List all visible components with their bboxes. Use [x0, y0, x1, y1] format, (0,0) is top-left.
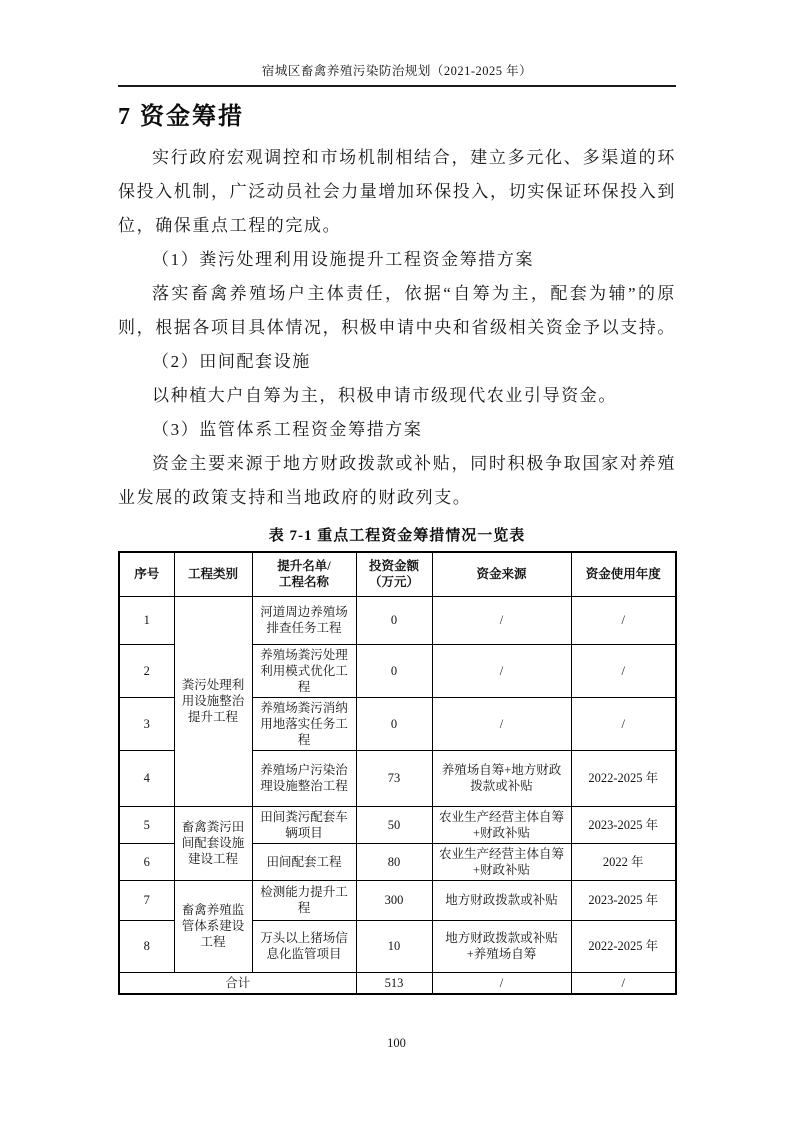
table-caption: 表 7-1 重点工程资金筹措情况一览表: [118, 524, 676, 545]
cell-project-name: 河道周边养殖场排查任务工程: [252, 596, 356, 644]
table-row: 5 畜禽粪污田间配套设施建设工程 田间粪污配套车辆项目 50 农业生产经营主体自…: [119, 806, 676, 843]
document-page: 宿城区畜禽养殖污染防治规划（2021-2025 年） 7 资金筹措 实行政府宏观…: [0, 0, 793, 1122]
cell-total-years: /: [571, 972, 676, 994]
header-cell-category: 工程类别: [174, 552, 252, 596]
cell-no: 2: [119, 644, 174, 697]
cell-years: /: [571, 697, 676, 750]
cell-source: /: [432, 596, 571, 644]
header-cell-name: 提升名单/ 工程名称: [252, 552, 356, 596]
section-title: 7 资金筹措: [118, 102, 676, 132]
cell-project-name: 养殖场粪污消纳用地落实任务工程: [252, 697, 356, 750]
paragraph-item-1: （1）粪污处理利用设施提升工程资金筹措方案: [118, 243, 676, 277]
header-cell-source: 资金来源: [432, 552, 571, 596]
cell-years: 2022 年: [571, 843, 676, 880]
cell-source: 地方财政拨款或补贴+养殖场自筹: [432, 920, 571, 972]
cell-total-amount: 513: [356, 972, 432, 994]
cell-amount: 300: [356, 880, 432, 920]
cell-amount: 50: [356, 806, 432, 843]
table-row: 7 畜禽养殖监管体系建设工程 检测能力提升工程 300 地方财政拨款或补贴 20…: [119, 880, 676, 920]
cell-source: /: [432, 644, 571, 697]
cell-project-name: 田间粪污配套车辆项目: [252, 806, 356, 843]
cell-category: 畜禽粪污田间配套设施建设工程: [174, 806, 252, 880]
funding-table: 序号 工程类别 提升名单/ 工程名称 投资金额 （万元） 资金来源 资金使用年度…: [118, 551, 677, 995]
cell-no: 4: [119, 750, 174, 806]
cell-no: 1: [119, 596, 174, 644]
cell-source: 地方财政拨款或补贴: [432, 880, 571, 920]
cell-no: 5: [119, 806, 174, 843]
cell-no: 8: [119, 920, 174, 972]
header-rule: [118, 85, 676, 87]
table-total-row: 合计 513 / /: [119, 972, 676, 994]
page-content: 宿城区畜禽养殖污染防治规划（2021-2025 年） 7 资金筹措 实行政府宏观…: [118, 0, 676, 995]
cell-years: 2022-2025 年: [571, 920, 676, 972]
page-number: 100: [0, 1036, 793, 1051]
cell-amount: 0: [356, 697, 432, 750]
cell-total-label: 合计: [119, 972, 356, 994]
cell-source: 养殖场自筹+地方财政拨款或补贴: [432, 750, 571, 806]
cell-no: 6: [119, 843, 174, 880]
cell-source: /: [432, 697, 571, 750]
running-header: 宿城区畜禽养殖污染防治规划（2021-2025 年）: [118, 0, 676, 79]
cell-project-name: 万头以上猪场信息化监管项目: [252, 920, 356, 972]
cell-source: 农业生产经营主体自筹+财政补贴: [432, 806, 571, 843]
cell-amount: 0: [356, 596, 432, 644]
paragraph-item-3: （3）监管体系工程资金筹措方案: [118, 413, 676, 447]
cell-source: 农业生产经营主体自筹+财政补贴: [432, 843, 571, 880]
cell-category: 畜禽养殖监管体系建设工程: [174, 880, 252, 972]
cell-no: 7: [119, 880, 174, 920]
cell-amount: 73: [356, 750, 432, 806]
header-cell-amount: 投资金额 （万元）: [356, 552, 432, 596]
cell-years: /: [571, 596, 676, 644]
paragraph-item-2: （2）田间配套设施: [118, 345, 676, 379]
cell-years: /: [571, 644, 676, 697]
cell-project-name: 田间配套工程: [252, 843, 356, 880]
cell-project-name: 养殖场户污染治理设施整治工程: [252, 750, 356, 806]
section-body: 实行政府宏观调控和市场机制相结合，建立多元化、多渠道的环保投入机制，广泛动员社会…: [118, 141, 676, 515]
cell-category: 粪污处理利用设施整治提升工程: [174, 596, 252, 806]
cell-no: 3: [119, 697, 174, 750]
cell-total-source: /: [432, 972, 571, 994]
paragraph: 以种植大户自筹为主，积极申请市级现代农业引导资金。: [118, 379, 676, 413]
header-cell-years: 资金使用年度: [571, 552, 676, 596]
paragraph: 资金主要来源于地方财政拨款或补贴，同时积极争取国家对养殖业发展的政策支持和当地政…: [118, 447, 676, 515]
paragraph: 落实畜禽养殖场户主体责任，依据“自筹为主，配套为辅”的原则，根据各项目具体情况，…: [118, 277, 676, 345]
header-cell-no: 序号: [119, 552, 174, 596]
cell-years: 2023-2025 年: [571, 880, 676, 920]
cell-amount: 80: [356, 843, 432, 880]
cell-amount: 10: [356, 920, 432, 972]
cell-years: 2022-2025 年: [571, 750, 676, 806]
cell-amount: 0: [356, 644, 432, 697]
table-header-row: 序号 工程类别 提升名单/ 工程名称 投资金额 （万元） 资金来源 资金使用年度: [119, 552, 676, 596]
cell-project-name: 检测能力提升工程: [252, 880, 356, 920]
table-row: 1 粪污处理利用设施整治提升工程 河道周边养殖场排查任务工程 0 / /: [119, 596, 676, 644]
cell-project-name: 养殖场粪污处理利用模式优化工程: [252, 644, 356, 697]
paragraph: 实行政府宏观调控和市场机制相结合，建立多元化、多渠道的环保投入机制，广泛动员社会…: [118, 141, 676, 243]
cell-years: 2023-2025 年: [571, 806, 676, 843]
